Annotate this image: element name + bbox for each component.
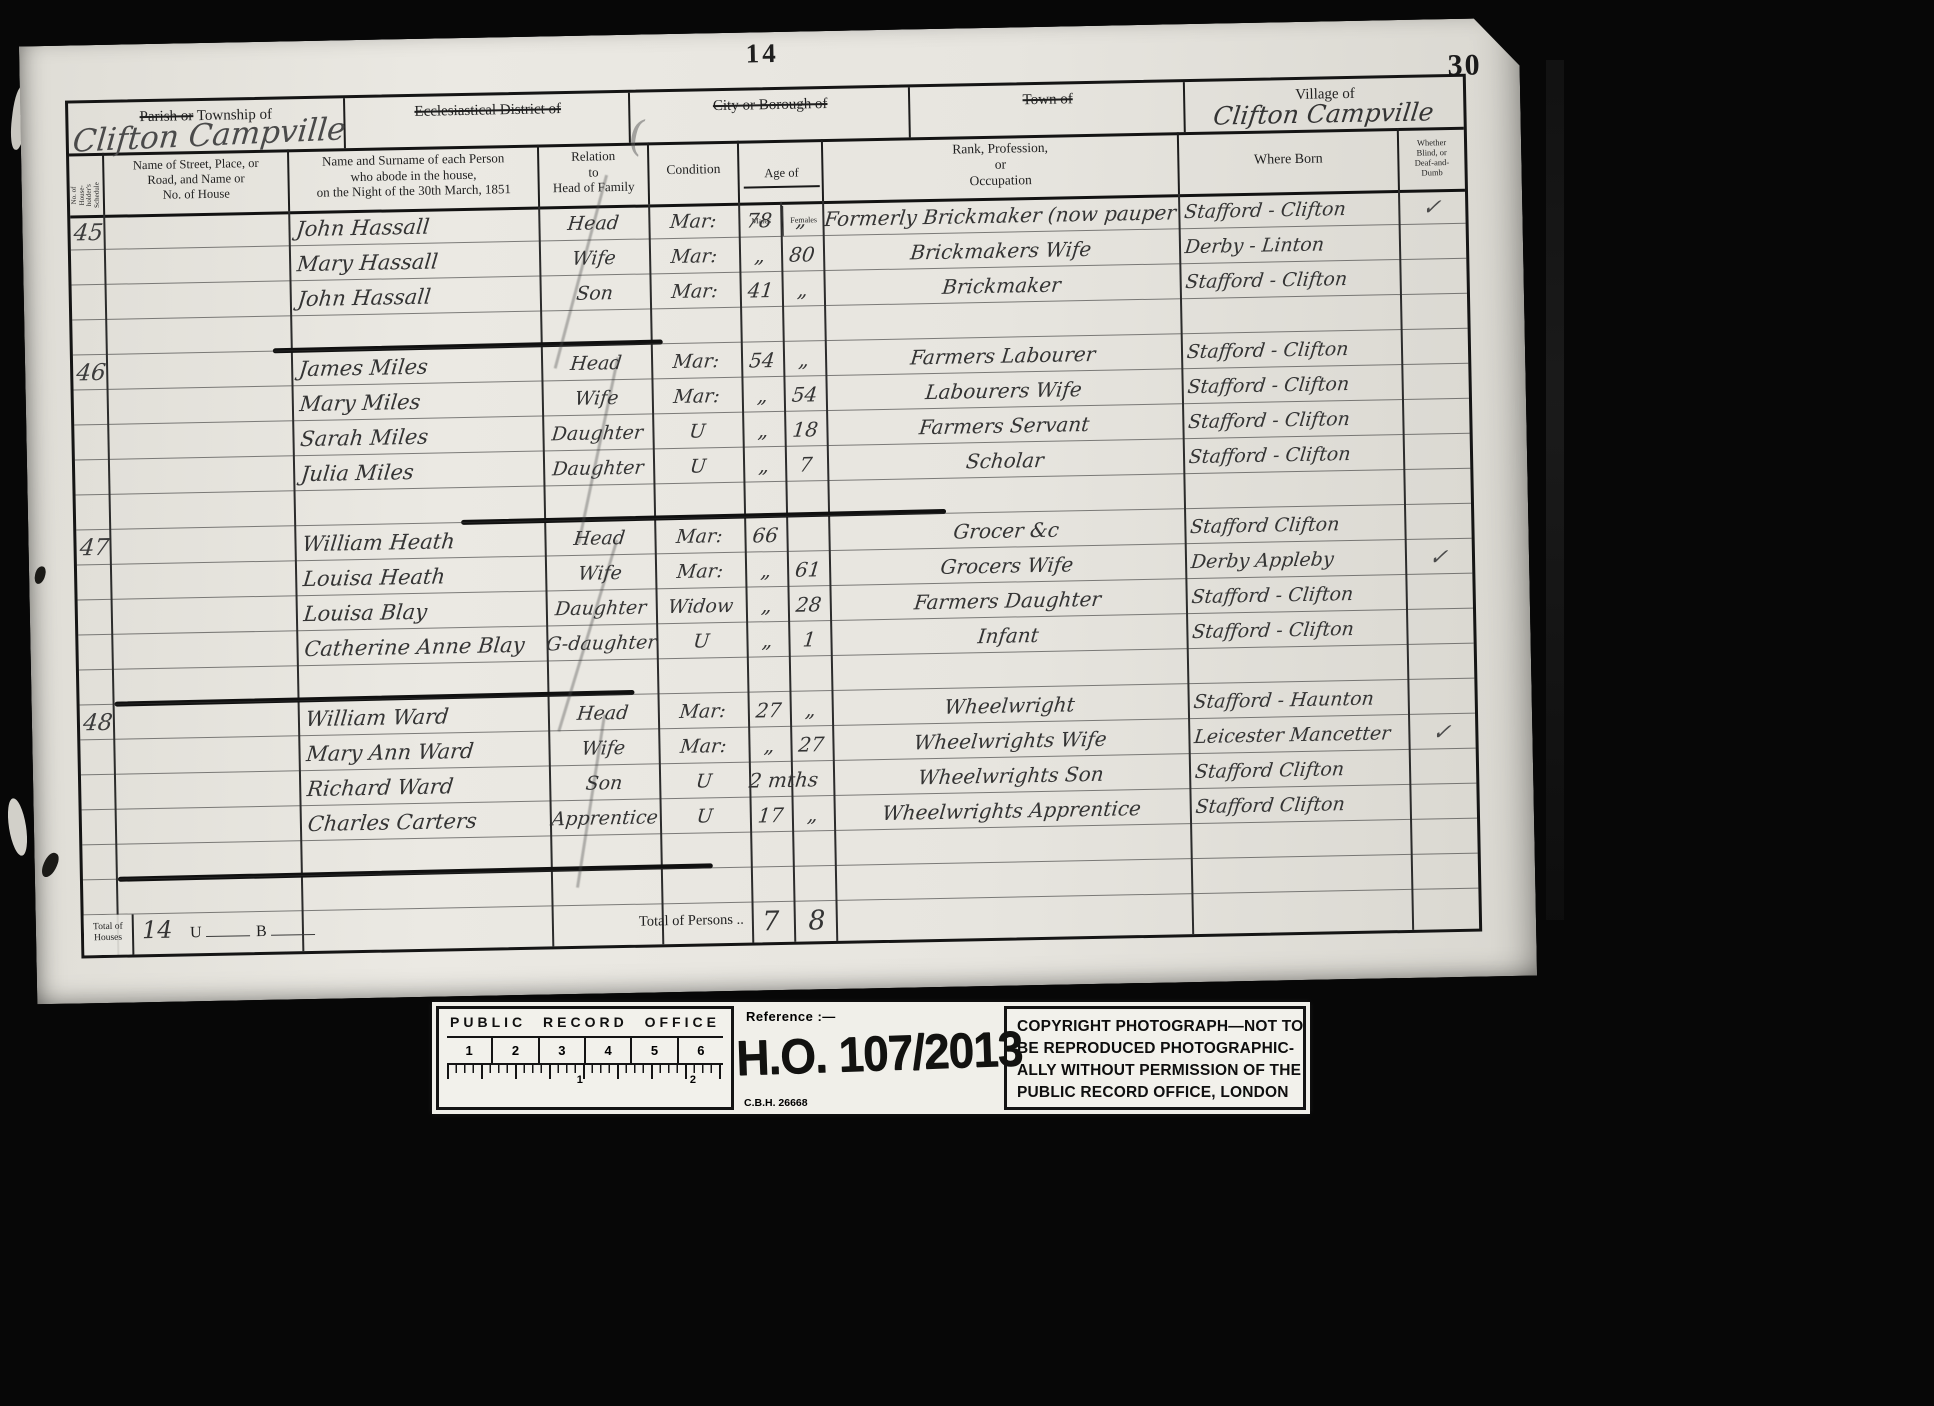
person-name: Sarah Miles [299, 417, 542, 456]
census-rows: 45 John Hassall Head Mar: 78 „ Formerly … [70, 189, 1478, 916]
copyright-line: BE REPRODUCED PHOTOGRAPHIC- [1017, 1038, 1293, 1060]
occupation-value: Brickmaker [822, 264, 1181, 305]
column-where-born: Where Born [1177, 128, 1398, 194]
age-male-value: „ [745, 622, 791, 657]
condition-value [649, 308, 743, 344]
ink-blot [39, 851, 61, 880]
occupation-value: Labourers Wife [824, 369, 1183, 410]
relation-value: Son [538, 274, 652, 310]
infirmity-mark [1409, 854, 1480, 889]
age-female-value [787, 656, 833, 691]
census-photograph: { "palette":{"background":"#070707","pap… [0, 0, 1934, 1406]
occupation-value: Brickmakers Wife [821, 229, 1180, 270]
infirmity-mark [1405, 644, 1476, 679]
total-males-value: 7 [748, 902, 795, 943]
schedule-number [66, 285, 114, 320]
village-handwritten-value: Clifton Campville [1187, 97, 1460, 131]
condition-value: Mar: [656, 693, 750, 729]
column-infirmity: Whether Blind, or Deaf-and- Dumb [1397, 127, 1465, 190]
schedule-number [67, 320, 115, 355]
person-name: Catherine Anne Blay [303, 626, 546, 665]
schedule-number [71, 565, 119, 600]
infirmity-mark [1398, 259, 1469, 294]
occupation-value [833, 824, 1192, 865]
relation-value [545, 659, 659, 695]
copyright-notice-box: COPYRIGHT PHOTOGRAPH—NOT TO BE REPRODUCE… [1004, 1006, 1306, 1110]
total-females-value: 8 [794, 901, 841, 942]
person-name: Louisa Heath [301, 556, 544, 595]
occupation-value [823, 299, 1182, 340]
condition-value [652, 483, 746, 519]
occupation-value: Wheelwrights Wife [831, 719, 1190, 760]
schedule-number: 47 [71, 530, 119, 565]
relation-value: Wife [537, 239, 651, 275]
relation-value: Daughter [544, 589, 658, 625]
age-male-value: „ [741, 412, 787, 447]
condition-value [659, 868, 753, 904]
where-born-value: Stafford - Clifton [1184, 260, 1401, 298]
person-name: Mary Hassall [295, 242, 538, 281]
age-male-value: 17 [748, 797, 794, 832]
photo-edge-streak [1546, 60, 1564, 920]
column-schedule: No. of House- holder's Schedule [69, 153, 103, 216]
age-female-value: 80 [779, 236, 825, 271]
column-age: Age of Males Females [737, 139, 824, 203]
condition-value: Widow [654, 588, 748, 624]
pro-reference-box: Reference :— H.O. 107/2013 C.B.H. 26668 [734, 1002, 1004, 1114]
age-female-value: „ [781, 341, 827, 376]
pro-reference-strip: PUBLIC RECORD OFFICE 1 2 3 4 5 6 1 2 Ref… [432, 1002, 1310, 1114]
person-name: Mary Miles [298, 382, 541, 421]
infirmity-mark [1403, 504, 1474, 539]
age-female-value: „ [780, 271, 826, 306]
occupation-value: Wheelwrights Apprentice [832, 789, 1191, 830]
condition-value [659, 833, 753, 869]
age-female-value: 1 [787, 621, 833, 656]
column-street: Name of Street, Place, or Road, and Name… [102, 149, 288, 215]
where-born-value [1185, 295, 1402, 333]
where-born-value: Stafford - Clifton [1185, 330, 1402, 368]
ink-blot [33, 565, 47, 585]
schedule-number [69, 425, 117, 460]
age-female-value: 28 [786, 586, 832, 621]
schedule-number [76, 775, 124, 810]
age-male-value [749, 867, 795, 902]
where-born-value: Stafford - Clifton [1191, 610, 1408, 648]
where-born-value: Stafford Clifton [1194, 785, 1411, 823]
torn-paper-fragment [5, 797, 31, 857]
pro-office-box: PUBLIC RECORD OFFICE 1 2 3 4 5 6 1 2 [436, 1006, 734, 1110]
where-born-value [1195, 820, 1412, 858]
infirmity-mark [1399, 294, 1470, 329]
infirmity-mark [1408, 784, 1479, 819]
occupation-value: Wheelwrights Son [831, 754, 1190, 795]
column-occupation: Rank, Profession, or Occupation [821, 132, 1178, 201]
schedule-number [78, 880, 126, 915]
relation-value: Head [543, 519, 657, 555]
schedule-number [75, 740, 123, 775]
occupation-value: Scholar [825, 439, 1184, 480]
schedule-number [68, 390, 116, 425]
scale-ruler-minor: 1 2 [447, 1065, 723, 1089]
person-name: Richard Ward [305, 766, 548, 805]
relation-value: G-daughter [545, 624, 659, 660]
age-male-value: 78 [737, 202, 783, 237]
person-name [297, 312, 540, 351]
age-male-value: 27 [746, 692, 792, 727]
infirmity-mark [1399, 329, 1470, 364]
age-female-value: „ [788, 691, 834, 726]
age-female-value [784, 481, 830, 516]
infirmity-mark [1409, 819, 1480, 854]
age-female-value: 27 [789, 726, 835, 761]
age-of-label: Age of [743, 157, 820, 188]
schedule-number [76, 810, 124, 845]
relation-value: Head [537, 204, 651, 240]
schedule-number: 45 [65, 215, 113, 250]
condition-value: Mar: [647, 203, 741, 239]
age-male-value: 54 [739, 342, 785, 377]
age-male-value [749, 832, 795, 867]
age-male-value: „ [743, 552, 789, 587]
occupation-value: Grocer &c [827, 509, 1186, 550]
age-female-value: „ [779, 201, 825, 236]
person-name: Julia Miles [299, 452, 542, 491]
relation-value: Head [546, 694, 660, 730]
column-person-name: Name and Surname of each Person who abod… [287, 145, 538, 212]
person-name: John Hassall [295, 207, 538, 246]
where-born-value: Stafford Clifton [1189, 505, 1406, 543]
schedule-number [73, 670, 121, 705]
age-female-value [791, 831, 837, 866]
schedule-number [65, 250, 113, 285]
infirmity-mark [1400, 364, 1471, 399]
column-condition: Condition [647, 141, 738, 205]
occupation-value [826, 474, 1185, 515]
person-name: William Heath [301, 521, 544, 560]
age-male-value: 66 [743, 517, 789, 552]
age-male-value: „ [740, 377, 786, 412]
condition-value: Mar: [649, 343, 743, 379]
age-male-value [742, 482, 788, 517]
infirmity-mark [1406, 679, 1477, 714]
condition-value: U [658, 798, 752, 834]
person-name [303, 661, 546, 700]
census-table: Parish or Township of Ecclesiastical Dis… [65, 74, 1482, 959]
total-houses-label: Total of Houses [84, 914, 135, 955]
census-sheet: 14 30 Parish or Township of Ecclesiastic… [19, 18, 1537, 1005]
age-female-value [789, 761, 835, 796]
age-male-value [745, 657, 791, 692]
person-name: William Ward [304, 696, 547, 735]
copyright-line: ALLY WITHOUT PERMISSION OF THE [1017, 1060, 1293, 1082]
where-born-value: Leicester Mancetter [1193, 715, 1410, 753]
schedule-number: 46 [67, 355, 115, 390]
age-male-value: „ [741, 447, 787, 482]
occupation-value [829, 649, 1188, 690]
reference-stamp: H.O. 107/2013 [735, 1019, 1023, 1087]
condition-value: Mar: [653, 553, 747, 589]
condition-value: U [651, 448, 745, 484]
infirmity-mark: ✓ [1397, 189, 1468, 224]
condition-value: Mar: [653, 518, 747, 554]
person-name: Charles Carters [306, 801, 549, 840]
where-born-value: Stafford - Clifton [1186, 365, 1403, 403]
where-born-value: Stafford - Haunton [1192, 680, 1409, 718]
relation-value [539, 309, 653, 345]
occupation-value: Farmers Labourer [823, 334, 1182, 375]
copyright-line: COPYRIGHT PHOTOGRAPH—NOT TO [1017, 1016, 1293, 1038]
person-name: Mary Ann Ward [305, 731, 548, 770]
age-male-value: 2 mths [747, 762, 793, 797]
relation-value: Apprentice [548, 799, 662, 835]
age-female-value: 7 [783, 446, 829, 481]
occupation-value: Wheelwright [830, 684, 1189, 725]
age-male-value: 41 [738, 272, 784, 307]
occupation-value: Grocers Wife [827, 544, 1186, 585]
person-name: Louisa Blay [302, 591, 545, 630]
age-female-value: 61 [785, 551, 831, 586]
relation-value: Wife [543, 554, 657, 590]
condition-value: U [651, 413, 745, 449]
occupation-value: Infant [829, 614, 1188, 655]
city-borough-cell: City or Borough of [628, 87, 911, 142]
schedule-number [72, 600, 120, 635]
folio-number: 14 [717, 37, 808, 70]
person-name [307, 836, 550, 875]
relation-value: Wife [540, 379, 654, 415]
age-male-value: „ [747, 727, 793, 762]
age-female-value [785, 516, 831, 551]
infirmity-mark: ✓ [1407, 714, 1478, 749]
column-relation: Relation to Head of Family [537, 142, 648, 206]
negative-number: C.B.H. 26668 [744, 1097, 808, 1109]
condition-value: U [657, 763, 751, 799]
age-female-value: 18 [783, 411, 829, 446]
infirmity-mark [1401, 399, 1472, 434]
building-field: B [256, 921, 315, 941]
reference-label: Reference :— [746, 1009, 836, 1024]
infirmity-mark [1401, 434, 1472, 469]
pro-office-title: PUBLIC RECORD OFFICE [439, 1014, 731, 1030]
where-born-value: Stafford - Clifton [1187, 435, 1404, 473]
copyright-line: PUBLIC RECORD OFFICE, LONDON [1017, 1082, 1293, 1104]
where-born-value [1188, 470, 1405, 508]
age-male-value: „ [744, 587, 790, 622]
infirmity-mark: ✓ [1403, 539, 1474, 574]
condition-value: Mar: [648, 273, 742, 309]
relation-value: Head [539, 344, 653, 380]
town-cell: Town of [908, 82, 1186, 137]
where-born-value: Stafford - Clifton [1190, 575, 1407, 613]
total-houses-value: 14 [142, 916, 173, 945]
age-male-value: „ [737, 237, 783, 272]
schedule-number: 48 [74, 705, 122, 740]
relation-value: Son [547, 764, 661, 800]
ecclesiastical-struck-label: Ecclesiastical District of [414, 101, 561, 121]
where-born-value [1195, 855, 1412, 893]
infirmity-mark [1402, 469, 1473, 504]
city-struck-label: City or Borough of [713, 96, 828, 115]
person-name: John Hassall [296, 277, 539, 316]
person-name: James Miles [297, 347, 540, 386]
total-persons-label: Total of Persons .. [414, 912, 744, 935]
where-born-value [1191, 645, 1408, 683]
relation-value [549, 869, 663, 905]
scale-ruler-major: 1 2 3 4 5 6 [447, 1036, 723, 1065]
where-born-value: Stafford - Clifton [1187, 400, 1404, 438]
age-female-value: 54 [782, 376, 828, 411]
infirmity-mark [1405, 609, 1476, 644]
uninhabited-field: U [190, 922, 250, 942]
condition-value: Mar: [647, 238, 741, 274]
town-struck-label: Town of [1022, 91, 1073, 109]
age-male-value [739, 307, 785, 342]
occupation-value [833, 859, 1192, 900]
schedule-number [73, 635, 121, 670]
age-female-value [781, 306, 827, 341]
relation-value: Wife [547, 729, 661, 765]
schedule-number [70, 495, 118, 530]
infirmity-mark [1397, 224, 1468, 259]
relation-value [542, 484, 656, 520]
condition-value [655, 658, 749, 694]
schedule-number [69, 460, 117, 495]
occupation-value: Farmers Servant [825, 404, 1184, 445]
relation-value: Daughter [541, 414, 655, 450]
relation-value [549, 834, 663, 870]
infirmity-mark [1404, 574, 1475, 609]
age-female-value: „ [790, 796, 836, 831]
schedule-number [77, 845, 125, 880]
condition-value: U [655, 623, 749, 659]
person-name [300, 486, 543, 525]
where-born-value: Stafford - Clifton [1183, 190, 1400, 228]
where-born-value: Stafford Clifton [1193, 750, 1410, 788]
where-born-value: Derby - Linton [1183, 225, 1400, 263]
person-name [307, 871, 550, 910]
occupation-value: Farmers Daughter [828, 579, 1187, 620]
relation-value: Daughter [541, 449, 655, 485]
age-female-value [791, 866, 837, 901]
condition-value: Mar: [650, 378, 744, 414]
where-born-value: Derby Appleby [1189, 540, 1406, 578]
condition-value: Mar: [657, 728, 751, 764]
infirmity-mark [1407, 749, 1478, 784]
occupation-value: Formerly Brickmaker (now pauper [821, 194, 1180, 235]
